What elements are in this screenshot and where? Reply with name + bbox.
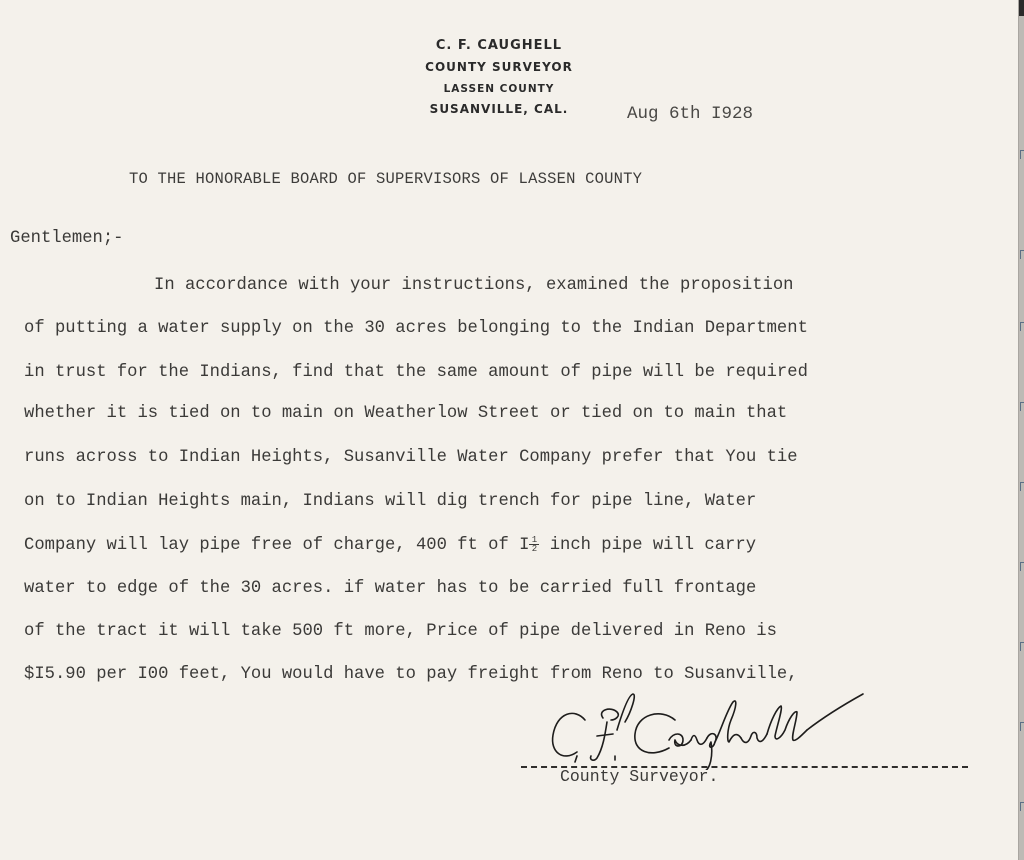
one-half-fraction: 12 xyxy=(529,536,539,553)
letter-date: Aug 6th I928 xyxy=(627,104,753,124)
edge-mark xyxy=(1020,482,1024,491)
handwritten-signature: C. F. Caughell xyxy=(545,690,925,770)
edge-mark xyxy=(1020,802,1024,811)
body-line: water to edge of the 30 acres. if water … xyxy=(24,579,756,598)
signature-caption: County Surveyor. xyxy=(560,767,718,786)
addressee-line: TO THE HONORABLE BOARD OF SUPERVISORS OF… xyxy=(129,170,642,188)
body-line: In accordance with your instructions, ex… xyxy=(154,276,793,295)
edge-mark xyxy=(1020,150,1024,159)
scanner-edge xyxy=(1018,0,1024,860)
body-line-part: inch pipe will carry xyxy=(539,536,756,555)
letterhead-title: COUNTY SURVEYOR xyxy=(409,60,589,74)
letterhead-city: SUSANVILLE, CAL. xyxy=(414,102,584,116)
edge-mark xyxy=(1020,722,1024,731)
body-line-part: Company will lay pipe free of charge, 40… xyxy=(24,536,529,555)
fraction-denominator: 2 xyxy=(529,545,539,553)
edge-mark xyxy=(1020,250,1024,259)
edge-mark xyxy=(1020,562,1024,571)
edge-mark xyxy=(1020,402,1024,411)
edge-dark-block xyxy=(1019,0,1024,16)
letter-page: C. F. CAUGHELL COUNTY SURVEYOR LASSEN CO… xyxy=(0,0,1018,860)
letterhead-county: LASSEN COUNTY xyxy=(419,83,579,95)
body-line: $I5.90 per I00 feet, You would have to p… xyxy=(24,665,798,684)
body-line: on to Indian Heights main, Indians will … xyxy=(24,492,756,511)
letterhead-name: C. F. CAUGHELL xyxy=(414,38,584,53)
body-line: Company will lay pipe free of charge, 40… xyxy=(24,536,756,555)
edge-mark xyxy=(1020,322,1024,331)
body-line: whether it is tied on to main on Weather… xyxy=(24,404,787,423)
body-line: of the tract it will take 500 ft more, P… xyxy=(24,622,777,641)
greeting: Gentlemen;- xyxy=(10,229,123,248)
edge-mark xyxy=(1020,642,1024,651)
body-line: of putting a water supply on the 30 acre… xyxy=(24,319,808,338)
body-line: runs across to Indian Heights, Susanvill… xyxy=(24,448,798,467)
body-line: in trust for the Indians, find that the … xyxy=(24,363,808,382)
